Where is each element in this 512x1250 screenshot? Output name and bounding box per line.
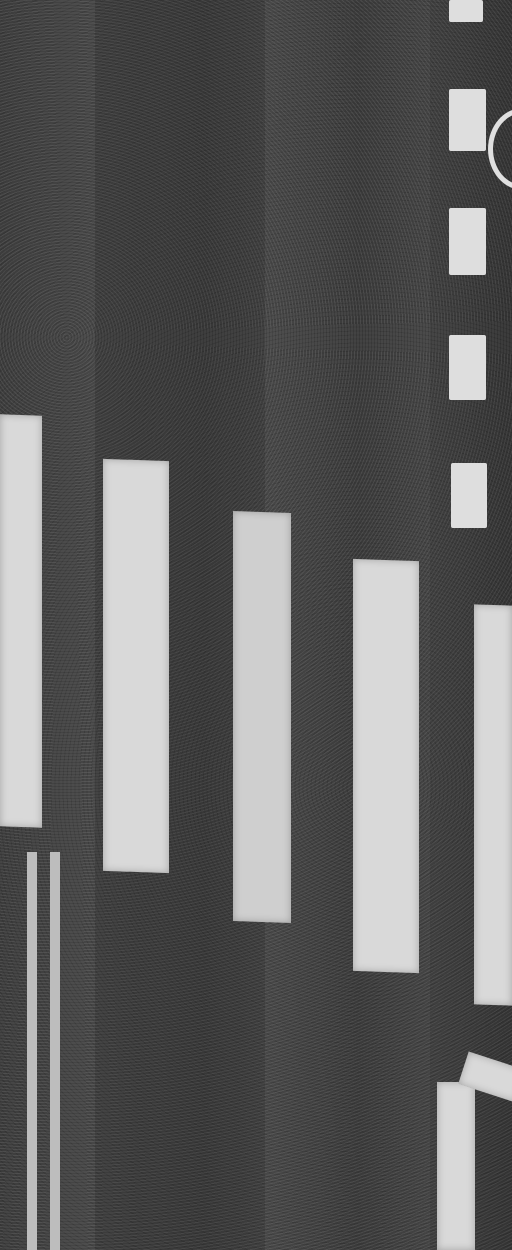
lane-dash xyxy=(449,0,483,22)
crosswalk-stripe xyxy=(233,511,291,923)
crosswalk-stripe xyxy=(103,459,169,873)
edge-line xyxy=(50,852,60,1250)
edge-line xyxy=(27,852,37,1250)
lane-dash xyxy=(449,89,486,151)
crosswalk-stripe xyxy=(353,559,419,973)
lane-dash xyxy=(449,208,486,275)
road-photo: Overhead photograph of asphalt road with… xyxy=(0,0,512,1250)
lane-dash xyxy=(449,335,486,400)
lane-dash xyxy=(451,463,487,528)
crosswalk-stripe xyxy=(0,414,42,827)
crosswalk-stripe xyxy=(474,604,512,1005)
stop-bar xyxy=(437,1082,475,1250)
